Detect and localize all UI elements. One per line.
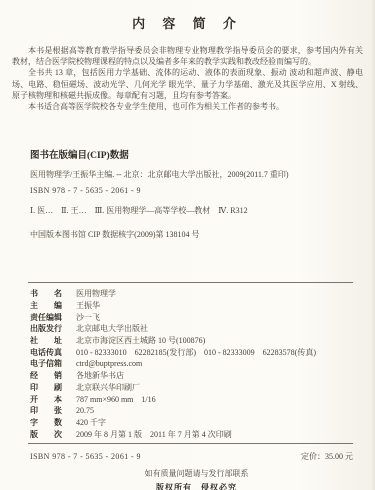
row-value: 北京邮电大学出版社: [76, 323, 148, 335]
table-row: 开 本787 mm×960 mm 1/16: [30, 394, 363, 406]
table-row: 电子信箱ctrd@buptpress.com: [30, 358, 363, 370]
intro-paragraph: 本书是根据高等教育教学指导委员会非物理专业物理教学指导委员会的要求，参考国内外有…: [12, 45, 363, 67]
row-value: 010 - 82333010 62282185(发行部) 010 - 82333…: [76, 347, 316, 359]
row-value: 2009 年 8 月第 1 版 2011 年 7 月第 4 次印刷: [76, 429, 232, 441]
row-value: 各地新华书店: [76, 370, 124, 382]
table-row: 印 张20.75: [30, 405, 363, 417]
footer-isbn: ISBN 978 - 7 - 5635 - 2061 - 9: [30, 452, 141, 461]
row-value: ctrd@buptpress.com: [76, 358, 142, 370]
divider: [28, 282, 353, 283]
page-title: 内 容 简 介: [12, 0, 363, 32]
table-row: 字 数420 千字: [30, 417, 363, 429]
content-summary: 本书是根据高等教育教学指导委员会非物理专业物理教学指导委员会的要求，参考国内外有…: [12, 45, 363, 112]
row-label: 出版发行: [30, 323, 64, 335]
row-value: 沙一飞: [76, 312, 100, 324]
row-label: 开 本: [30, 394, 64, 406]
row-label: 责任编辑: [30, 312, 64, 324]
divider: [28, 443, 353, 444]
copyright-notice: 版权所有 侵权必究: [12, 482, 363, 490]
cip-record-number: 中国版本图书馆 CIP 数据核字(2009)第 138104 号: [30, 229, 363, 240]
table-row: 电话传真010 - 82333010 62282185(发行部) 010 - 8…: [30, 347, 363, 359]
table-row: 版 次2009 年 8 月第 1 版 2011 年 7 月第 4 次印刷: [30, 429, 363, 441]
row-label: 电子信箱: [30, 358, 64, 370]
row-label: 字 数: [30, 417, 64, 429]
colophon-table: 书 名医用物理学 主 编王振华 责任编辑沙一飞 出版发行北京邮电大学出版社 社 …: [30, 288, 363, 440]
table-row: 经 销各地新华书店: [30, 370, 363, 382]
row-label: 印 张: [30, 405, 64, 417]
cip-heading: 图书在版编目(CIP)数据: [30, 147, 363, 161]
table-row: 社 址北京市海淀区西土城路 10 号(100876): [30, 335, 363, 347]
row-label: 电话传真: [30, 347, 64, 359]
row-value: 787 mm×960 mm 1/16: [76, 394, 156, 406]
row-label: 社 址: [30, 335, 64, 347]
row-label: 主 编: [30, 300, 64, 312]
intro-paragraph: 全书共 13 章，包括医用力学基础、流体的运动、液体的表面现象、振动 波动和超声…: [12, 67, 363, 101]
row-label: 书 名: [30, 288, 64, 300]
table-row: 出版发行北京邮电大学出版社: [30, 323, 363, 335]
cip-classification: Ⅰ. 医… Ⅱ. 王… Ⅲ. 医用物理学—高等学校—教材 Ⅳ. R312: [30, 205, 363, 216]
quality-notice: 如有质量问题请与发行部联系: [12, 468, 363, 479]
price-label: 定价：35.00 元: [301, 451, 353, 462]
table-row: 责任编辑沙一飞: [30, 312, 363, 324]
table-row: 印 刷北京联兴华印刷厂: [30, 382, 363, 394]
row-value: 北京联兴华印刷厂: [76, 382, 140, 394]
copyright-page: 内 容 简 介 本书是根据高等教育教学指导委员会非物理专业物理教学指导委员会的要…: [0, 0, 375, 490]
table-row: 书 名医用物理学: [30, 288, 363, 300]
intro-paragraph: 本书适合高等医学院校各专业学生使用，也可作为相关工作者的参考书。: [12, 101, 363, 112]
footer-isbn-price: ISBN 978 - 7 - 5635 - 2061 - 9 定价：35.00 …: [30, 451, 353, 462]
cip-description: 医用物理学/王振华主编. -- 北京：北京邮电大学出版社，2009(2011.7…: [30, 169, 363, 180]
row-label: 经 销: [30, 370, 64, 382]
row-label: 印 刷: [30, 382, 64, 394]
table-row: 主 编王振华: [30, 300, 363, 312]
row-label: 版 次: [30, 429, 64, 441]
row-value: 王振华: [76, 300, 100, 312]
row-value: 医用物理学: [76, 288, 116, 300]
row-value: 北京市海淀区西土城路 10 号(100876): [76, 335, 205, 347]
row-value: 20.75: [76, 405, 94, 417]
cip-isbn: ISBN 978 - 7 - 5635 - 2061 - 9: [30, 186, 363, 195]
cip-block: 图书在版编目(CIP)数据 医用物理学/王振华主编. -- 北京：北京邮电大学出…: [30, 147, 363, 240]
row-value: 420 千字: [76, 417, 106, 429]
